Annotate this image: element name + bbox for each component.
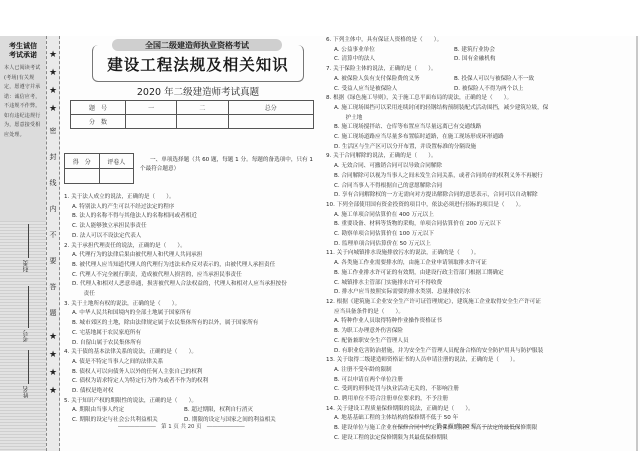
star-icon: ★ <box>47 350 59 360</box>
question-stem: 4. 关于债的基本法律关系的说法，正确的是（ ）。 <box>64 348 319 358</box>
option: B. 可以申请在两个单位注册 <box>326 376 626 386</box>
option: D. 监理单项合同估算价在 50 万元以上 <box>326 240 626 250</box>
option: A. 期限由当事人约定 <box>72 406 184 416</box>
option: A. 特种作业人员取得特种作业操作资格证书 <box>326 317 626 327</box>
question-4: 4. 关于债的基本法律关系的说法，正确的是（ ）。 A. 债是不特定当事人之间的… <box>64 348 319 397</box>
option: A. 代理行为的法律后果由被代理人和代理人共同承担 <box>64 251 319 261</box>
score-cell <box>177 115 228 129</box>
option-row: A. 期限由当事人约定 B. 超过期限，权利自行消灭 <box>64 406 319 416</box>
score-table: 题 号 一 二 总分 分 数 <box>70 100 314 129</box>
option: C. 建设工程的法定保修期限为其最低保修期限 <box>326 434 626 444</box>
star-icon: ★ <box>47 50 59 60</box>
option: A. 施工单项合同估算价在 400 万元以上 <box>326 211 626 221</box>
score-cell: 分 数 <box>71 115 126 129</box>
question-stem: 12. 根据《建筑施工企业安全生产许可证管理规定》，建筑施工企业取得安全生产许可… <box>326 298 626 308</box>
notice-title-line-1: 考生诚信 <box>0 42 46 51</box>
notice-title-line-2: 考试承诺 <box>0 51 46 60</box>
star-icon: ★ <box>47 332 59 342</box>
option: C. 勘察单项合同估算价在 100 万元以下 <box>326 230 626 240</box>
score-cell: 二 <box>177 101 228 115</box>
question-stem: 10. 下列全部使用国有资金投资的项目中，依法必须进行招标的项目是（ ）。 <box>326 201 626 211</box>
question-13: 13. 关于取得二级建造师资格证书的人员申请注册的说法，正确的是（ ）。 A. … <box>326 356 626 405</box>
option: C. 债权为请求特定人为特定行为作为或者不作为的权利 <box>64 377 319 387</box>
seal-char: 线 <box>47 178 59 188</box>
star-icon: ★ <box>47 86 59 96</box>
option: D. 被保险人不得为两个以上 <box>454 85 523 95</box>
option: B. 施工作业排水许可证的有效期，由建设行政主管部门根据工期确定 <box>326 269 626 279</box>
option: A. 各类施工作业需要排水的，由施工企业申请领取排水许可证 <box>326 259 626 269</box>
grader-table: 得 分 评卷人 <box>64 153 134 184</box>
grader-cell <box>65 169 100 184</box>
page-footer-right: ――――――― 第 2 页 共 20 页 ――――――― <box>393 422 520 430</box>
option: D. 法人可以不设法定代表人 <box>64 232 319 242</box>
option: A. 特别法人的产生可以不经过法定的程序 <box>64 203 319 213</box>
option: C. 施工现场道路应当尽量多布置临时道路，在施工现场形成环形通路 <box>326 133 626 143</box>
seal-char: 要 <box>47 256 59 266</box>
option: C. 清算中的法人 <box>334 55 454 65</box>
grader-cell <box>99 169 134 184</box>
score-cell: 总分 <box>228 101 313 115</box>
option: B. 为职工办理意外伤害保险 <box>326 327 626 337</box>
question-stem: 6. 下列主体中，具有保证人资格的是（ ）。 <box>326 36 626 46</box>
seal-char: 内 <box>47 204 59 214</box>
option: B. 债权人可以向债务人以外的任何人主张自己的权利 <box>64 368 319 378</box>
seal-char: 封 <box>47 152 59 162</box>
option: D. 有职业危害防治措施，并为安全生产管理人员配备合格的安全防护用具与防护服装 <box>326 347 626 357</box>
option: B. 城市郊区的土地，除由法律规定属于农民集体所有的以外，属于国家所有 <box>64 319 319 329</box>
option-row: A. 公益事业单位 B. 建筑行业协会 <box>326 46 626 56</box>
star-icon: ★ <box>47 386 59 396</box>
option: A. 公益事业单位 <box>334 46 454 56</box>
integrity-notice-body: 本人已阅读考试(考场)有关规定，愿遵守并承诺：诚信应考，不违规不作弊。如有违纪违… <box>0 60 46 140</box>
candidate-fields: 科类 考号 姓名 <box>0 216 46 416</box>
question-stem: 13. 关于取得二级建造师资格证书的人员申请注册的说法，正确的是（ ）。 <box>326 356 626 366</box>
question-stem: 5. 关于知识产权的期限性的说法，正确的是（ ）。 <box>64 397 319 407</box>
field-label-subject: 科类 <box>22 260 30 272</box>
right-column-questions: 6. 下列主体中，具有保证人资格的是（ ）。 A. 公益事业单位 B. 建筑行业… <box>326 36 626 444</box>
field-line-exam-number[interactable] <box>28 286 29 328</box>
score-table-value-row: 分 数 <box>71 115 314 129</box>
option: C. 配备兼职安全生产管理人员 <box>326 337 626 347</box>
grader-cell: 评卷人 <box>99 154 134 169</box>
option-continued: 护土地 <box>326 114 626 124</box>
seal-char: 不 <box>47 230 59 240</box>
option: D. 生活区与生产区可以分开布置，并设置标准的分隔设施 <box>326 143 626 153</box>
section-instruction: 一、单项选择题（共 60 题，每题 1 分。每题的备选项中，只有 1 个最符合题… <box>140 156 318 174</box>
option: A. 注册不受年龄的限制 <box>326 366 626 376</box>
seal-char: 密 <box>47 126 59 136</box>
option: B. 投保人可以与被保险人不一致 <box>454 75 534 85</box>
question-2: 2. 关于承担代理责任的说法，正确的是（ ）。 A. 代理行为的法律后果由被代理… <box>64 242 319 300</box>
question-stem: 2. 关于承担代理责任的说法，正确的是（ ）。 <box>64 242 319 252</box>
question-stem: 11. 关于向城镇排水设施排放污水的说法，正确的是（ ）。 <box>326 249 626 259</box>
page-edge <box>636 36 638 451</box>
option-continued: 责任 <box>64 290 319 300</box>
option: C. 法人能够独立承担民事责任 <box>64 222 319 232</box>
option: B. 施工现场搅拌站、仓库等布置应当尽量远离已有交通线路 <box>326 123 626 133</box>
option: D. 国有金融机构 <box>454 55 495 65</box>
option: A. 无效合同、可撤销合同可以导致合同解除 <box>326 162 626 172</box>
option: C. 宅基地属于农民家庭所有 <box>64 329 319 339</box>
question-9: 9. 关于合同解除的说法，正确的是（ ）。 A. 无效合同、可撤销合同可以导致合… <box>326 152 626 201</box>
score-cell: 一 <box>126 101 177 115</box>
question-stem: 8. 根据《绿色施工导则》，关于施工总平面布局的说法，正确的是（ ）。 <box>326 94 626 104</box>
question-10: 10. 下列全部使用国有资金投资的项目中，依法必须进行招标的项目是（ ）。 A.… <box>326 201 626 250</box>
seal-char: 答 <box>47 282 59 292</box>
binding-margin: 考生诚信 考试承诺 本人已阅读考试(考场)有关规定，愿遵守并承诺：诚信应考，不违… <box>0 36 46 451</box>
option: C. 受到的刑事处罚与执业活动无关的，不影响注册 <box>326 385 626 395</box>
question-6: 6. 下列主体中，具有保证人资格的是（ ）。 A. 公益事业单位 B. 建筑行业… <box>326 36 626 65</box>
option: D. 排水户应当按照实际需要的排水类别、总量排放污水 <box>326 288 626 298</box>
option: D. 债权是绝对权 <box>64 387 319 397</box>
question-stem: 3. 关于土地所有权的说法，正确的是（ ）。 <box>64 300 319 310</box>
field-line-subject <box>28 224 29 258</box>
option: D. 自留山属于农民集体所有 <box>64 339 319 349</box>
field-label-exam-number: 考号 <box>22 330 30 342</box>
star-icon: ★ <box>47 68 59 78</box>
option: C. 城镇排水主管部门实施排水许可不得收费 <box>326 279 626 289</box>
question-8: 8. 根据《绿色施工导则》，关于施工总平面布局的说法，正确的是（ ）。 A. 施… <box>326 94 626 152</box>
option: B. 重要设备、材料等货物的采购，单项合同估算价在 200 万元以下 <box>326 220 626 230</box>
question-1: 1. 关于法人成立的说法，正确的是（ ）。 A. 特别法人的产生可以不经过法定的… <box>64 193 319 242</box>
option: A. 被保险人负有支付保险费的义务 <box>334 75 454 85</box>
question-12: 12. 根据《建筑施工企业安全生产许可证管理规定》，建筑施工企业取得安全生产许可… <box>326 298 626 356</box>
field-line-name[interactable] <box>28 350 29 384</box>
question-3: 3. 关于土地所有权的说法，正确的是（ ）。 A. 中华人民共和国境内的全部土地… <box>64 300 319 349</box>
question-stem: 7. 关于保险主体的说法，正确的是（ ）。 <box>326 65 626 75</box>
seal-char: 题 <box>47 308 59 318</box>
question-11: 11. 关于向城镇排水设施排放污水的说法，正确的是（ ）。 A. 各类施工作业需… <box>326 249 626 298</box>
exam-series-label: 全国二级建造师执业资格考试 <box>112 39 282 51</box>
field-label-name: 姓名 <box>22 386 30 398</box>
option: C. 受益人应当是被保险人 <box>334 85 454 95</box>
page-footer-left: ――――――― 第 1 页 共 20 页 ――――――― <box>118 422 245 430</box>
option: B. 合同解除可以视为当事人之间未发生合同关系，或者合同尚存的权利义务不再履行 <box>326 172 626 182</box>
option-row: C. 受益人应当是被保险人 D. 被保险人不得为两个以上 <box>326 85 626 95</box>
option: B. 超过期限，权利自行消灭 <box>184 406 253 416</box>
score-cell: 题 号 <box>71 101 126 115</box>
grader-cell: 得 分 <box>65 154 100 169</box>
question-stem: 14. 关于建设工程质量保修期限的说法，正确的是（ ）。 <box>326 405 626 415</box>
option: C. 代理人不完全履行职责，造成被代理人损害的，应当承担民事责任 <box>64 271 319 281</box>
option: A. 施工现场围挡可以采用连续封闭的轻钢结构预制装配式活动围挡，减少建筑垃圾，保 <box>326 104 626 114</box>
score-table-header-row: 题 号 一 二 总分 <box>71 101 314 115</box>
option: A. 债是不特定当事人之间的法律关系 <box>64 358 319 368</box>
score-cell <box>228 115 313 129</box>
option: A. 中华人民共和国境内的全部土地属于国家所有 <box>64 309 319 319</box>
option: B. 被代理人应当知道代理人的代理行为违法未作反对表示的，由被代理人承担责任 <box>64 261 319 271</box>
seal-line-strip: ★ ★ ★ ★ 密 封 线 内 不 要 答 题 ★ ★ ★ ★ <box>46 36 60 451</box>
star-icon: ★ <box>47 368 59 378</box>
star-icon: ★ <box>47 104 59 114</box>
integrity-notice-title: 考生诚信 考试承诺 <box>0 42 46 60</box>
option: B. 法人的名称不得与其他法人的名称相同或者相近 <box>64 212 319 222</box>
score-cell <box>126 115 177 129</box>
left-column-questions: 1. 关于法人成立的说法，正确的是（ ）。 A. 特别法人的产生可以不经过法定的… <box>64 193 319 426</box>
option-row: C. 清算中的法人 D. 国有金融机构 <box>326 55 626 65</box>
page-subtitle: 2020 年二级建造师考试真题 <box>92 84 304 98</box>
option: C. 合同当事人不得根据自己的意愿解除合同 <box>326 182 626 192</box>
option: D. 享有合同解除权的一方无需向对方提出解除合同的意思表示，合同可以自动解除 <box>326 191 626 201</box>
option: D. 聘用单位不符合注册单位要求的，不予注册 <box>326 395 626 405</box>
exam-paper-spread: 考生诚信 考试承诺 本人已阅读考试(考场)有关规定，愿遵守并承诺：诚信应考，不违… <box>0 36 640 451</box>
question-stem: 1. 关于法人成立的说法，正确的是（ ）。 <box>64 193 319 203</box>
option-row: A. 被保险人负有支付保险费的义务 B. 投保人可以与被保险人不一致 <box>326 75 626 85</box>
option: B. 建筑行业协会 <box>454 46 495 56</box>
question-stem: 9. 关于合同解除的说法，正确的是（ ）。 <box>326 152 626 162</box>
option: D. 代理人和相对人恶意串通，损害被代理人合法权益的，代理人和相对人应当承担按份 <box>64 280 319 290</box>
question-7: 7. 关于保险主体的说法，正确的是（ ）。 A. 被保险人负有支付保险费的义务 … <box>326 65 626 94</box>
page-title: 建设工程法规及相关知识 <box>92 53 304 75</box>
question-stem-continued: 应当具备条件的是（ ）。 <box>326 308 626 318</box>
